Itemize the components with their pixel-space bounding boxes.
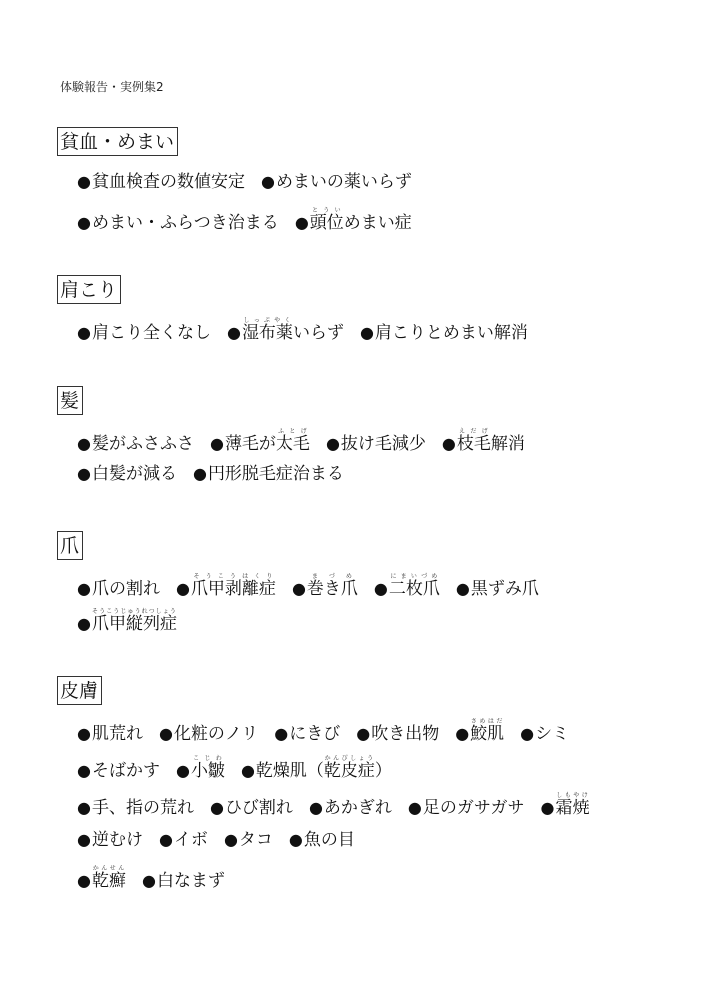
bullet-icon: ●	[224, 830, 238, 849]
list-item: ●吹き出物	[356, 723, 439, 745]
list-item: ●乾癬かんせん	[77, 865, 126, 892]
list-item: ●めまいの薬いらず	[261, 171, 412, 193]
list-item: ●イボ	[159, 829, 208, 851]
list-item: ●髪がふさふさ	[77, 433, 194, 455]
bullet-icon: ●	[77, 871, 91, 890]
list-item: ●爪の割れ	[77, 578, 160, 600]
ruby-annotation: 乾癬かんせん	[92, 871, 126, 891]
list-item: ●巻き爪まづめ	[292, 573, 358, 600]
bullet-icon: ●	[408, 798, 422, 817]
bullet-icon: ●	[309, 798, 323, 817]
ruby-annotation: 頭位とうい	[310, 213, 344, 233]
bullet-icon: ●	[193, 464, 207, 483]
list-item: ●肩こりとめまい解消	[360, 322, 528, 344]
list-item: ●黒ずみ爪	[456, 578, 539, 600]
document-title: 体験報告・実例集2	[60, 78, 164, 95]
bullet-icon: ●	[77, 614, 91, 633]
bullet-icon: ●	[159, 830, 173, 849]
list-item: ●逆むけ	[77, 829, 143, 851]
section-heading: 髪	[57, 386, 83, 415]
list-item: ●めまい・ふらつき治まる	[77, 212, 279, 234]
bullet-icon: ●	[77, 213, 91, 232]
bullet-icon: ●	[289, 830, 303, 849]
section-heading: 爪	[57, 531, 83, 560]
bullet-icon: ●	[77, 323, 91, 342]
bullet-icon: ●	[210, 434, 224, 453]
bullet-icon: ●	[261, 172, 275, 191]
ruby-annotation: 巻き爪まづめ	[307, 579, 358, 599]
item-row: ●肩こり全くなし●湿布薬しっぷやくいらず●肩こりとめまい解消	[77, 317, 544, 339]
bullet-icon: ●	[292, 579, 306, 598]
bullet-icon: ●	[77, 464, 91, 483]
bullet-icon: ●	[210, 798, 224, 817]
bullet-icon: ●	[77, 172, 91, 191]
bullet-icon: ●	[541, 798, 555, 817]
ruby-annotation: 二枚爪にまいづめ	[389, 579, 440, 599]
bullet-icon: ●	[77, 761, 91, 780]
list-item: ●化粧のノリ	[159, 723, 258, 745]
bullet-icon: ●	[374, 579, 388, 598]
list-item: ●爪甲剥離症そうこうはくり	[176, 573, 276, 600]
bullet-icon: ●	[176, 761, 190, 780]
bullet-icon: ●	[77, 830, 91, 849]
item-row: ●乾癬かんせん●白なまず	[77, 865, 241, 887]
bullet-icon: ●	[326, 434, 340, 453]
bullet-icon: ●	[442, 434, 456, 453]
list-item: ●貧血検査の数値安定	[77, 171, 245, 193]
ruby-annotation: 乾皮症かんぴしょう	[324, 761, 375, 781]
list-item: ●抜け毛減少	[326, 433, 426, 455]
item-row: ●爪の割れ●爪甲剥離症そうこうはくり●巻き爪まづめ●二枚爪にまいづめ●黒ずみ爪	[77, 573, 555, 595]
list-item: ●手、指の荒れ	[77, 797, 194, 819]
item-row: ●貧血検査の数値安定●めまいの薬いらず	[77, 171, 428, 193]
list-item: ●白髪が減る	[77, 463, 177, 485]
list-item: ●タコ	[224, 829, 273, 851]
section-heading: 肩こり	[57, 275, 121, 304]
bullet-icon: ●	[77, 434, 91, 453]
list-item: ●魚の目	[289, 829, 355, 851]
list-item: ●肩こり全くなし	[77, 322, 211, 344]
ruby-annotation: 太毛ふとげ	[276, 434, 310, 454]
item-row: ●そばかす●小皺こじわ●乾燥肌（乾皮症かんぴしょう）	[77, 755, 408, 777]
bullet-icon: ●	[356, 724, 370, 743]
item-row: ●爪甲縦列症そうこうじゅうれつしょう	[77, 608, 193, 630]
list-item: ●霜焼しもやけ	[541, 792, 590, 819]
item-row: ●肌荒れ●化粧のノリ●にきび●吹き出物●鮫肌さめはだ●シミ	[77, 718, 585, 740]
ruby-annotation: 湿布薬しっぷやく	[242, 323, 293, 343]
item-row: ●白髪が減る●円形脱毛症治まる	[77, 463, 360, 485]
bullet-icon: ●	[77, 724, 91, 743]
ruby-annotation: 鮫肌さめはだ	[470, 724, 504, 744]
list-item: ●薄毛が太毛ふとげ	[210, 428, 310, 455]
ruby-annotation: 爪甲縦列症そうこうじゅうれつしょう	[92, 614, 177, 634]
list-item: ●乾燥肌（乾皮症かんぴしょう）	[241, 755, 392, 782]
list-item: ●二枚爪にまいづめ	[374, 573, 440, 600]
ruby-annotation: 爪甲剥離症そうこうはくり	[191, 579, 276, 599]
ruby-annotation: 霜焼しもやけ	[556, 798, 590, 818]
bullet-icon: ●	[456, 579, 470, 598]
list-item: ●鮫肌さめはだ	[455, 718, 504, 745]
section-heading: 貧血・めまい	[57, 127, 178, 156]
bullet-icon: ●	[176, 579, 190, 598]
bullet-icon: ●	[142, 871, 156, 890]
bullet-icon: ●	[295, 213, 309, 232]
bullet-icon: ●	[360, 323, 374, 342]
bullet-icon: ●	[455, 724, 469, 743]
list-item: ●あかぎれ	[309, 797, 392, 819]
list-item: ●枝毛えだげ解消	[442, 428, 525, 455]
section-heading: 皮膚	[57, 676, 102, 705]
bullet-icon: ●	[241, 761, 255, 780]
item-row: ●めまい・ふらつき治まる●頭位とういめまい症	[77, 207, 428, 229]
ruby-annotation: 枝毛えだげ	[457, 434, 491, 454]
bullet-icon: ●	[274, 724, 288, 743]
list-item: ●白なまず	[142, 870, 225, 892]
list-item: ●湿布薬しっぷやくいらず	[227, 317, 344, 344]
list-item: ●ひび割れ	[210, 797, 293, 819]
item-row: ●手、指の荒れ●ひび割れ●あかぎれ●足のガサガサ●霜焼しもやけ	[77, 792, 606, 814]
list-item: ●小皺こじわ	[176, 755, 225, 782]
list-item: ●足のガサガサ	[408, 797, 525, 819]
item-row: ●髪がふさふさ●薄毛が太毛ふとげ●抜け毛減少●枝毛えだげ解消	[77, 428, 541, 450]
bullet-icon: ●	[77, 798, 91, 817]
list-item: ●頭位とういめまい症	[295, 207, 412, 234]
bullet-icon: ●	[77, 579, 91, 598]
bullet-icon: ●	[227, 323, 241, 342]
item-row: ●逆むけ●イボ●タコ●魚の目	[77, 829, 371, 851]
list-item: ●爪甲縦列症そうこうじゅうれつしょう	[77, 608, 177, 635]
list-item: ●シミ	[520, 723, 569, 745]
list-item: ●肌荒れ	[77, 723, 143, 745]
list-item: ●円形脱毛症治まる	[193, 463, 344, 485]
ruby-annotation: 小皺こじわ	[191, 761, 225, 781]
list-item: ●にきび	[274, 723, 340, 745]
bullet-icon: ●	[159, 724, 173, 743]
bullet-icon: ●	[520, 724, 534, 743]
list-item: ●そばかす	[77, 760, 160, 782]
